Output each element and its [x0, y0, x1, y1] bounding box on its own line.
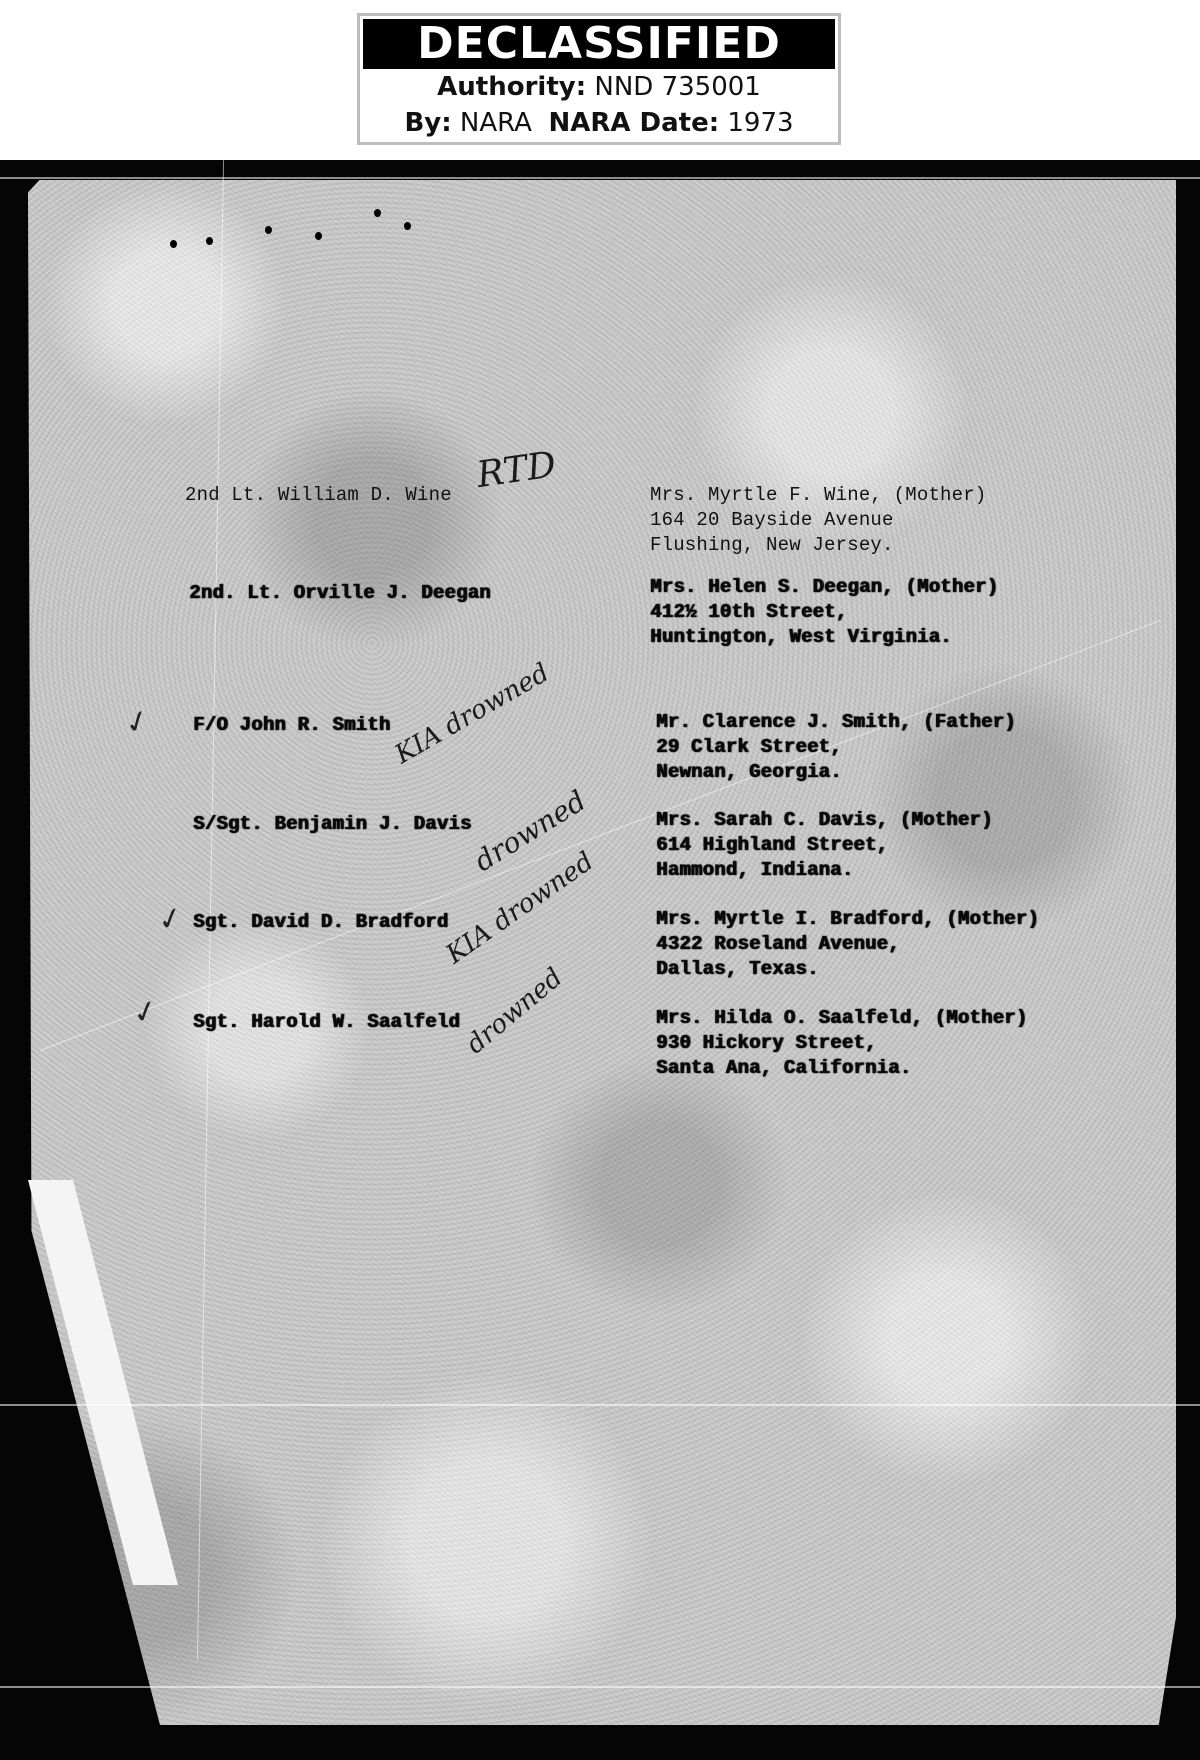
service-member-name: F/O John R. Smith	[193, 713, 390, 738]
next-of-kin-name: Mrs. Myrtle I. Bradford, (Mother)	[656, 907, 1039, 932]
stamp-date-value: 1973	[727, 108, 793, 138]
scan-scratch	[0, 1404, 1200, 1406]
scan-scratch	[0, 177, 1200, 179]
next-of-kin-city: Newnan, Georgia.	[656, 760, 842, 785]
next-of-kin-name: Mrs. Sarah C. Davis, (Mother)	[656, 808, 992, 833]
next-of-kin-city: Dallas, Texas.	[656, 957, 818, 982]
scan-scratch	[0, 1686, 1200, 1688]
next-of-kin-city: Huntington, West Virginia.	[650, 625, 952, 650]
next-of-kin-street: 930 Hickory Street,	[656, 1031, 876, 1056]
service-member-name: Sgt. Harold W. Saalfeld	[193, 1010, 460, 1035]
service-member-name: 2nd Lt. William D. Wine	[185, 483, 452, 508]
service-member-name: S/Sgt. Benjamin J. Davis	[193, 812, 471, 837]
stamp-authority-value: NND 735001	[594, 72, 760, 102]
next-of-kin-city: Santa Ana, California.	[656, 1056, 911, 1081]
stamp-by-label: By:	[404, 108, 451, 138]
ink-speck	[170, 240, 177, 248]
stamp-by-date: By: NARA NARA Date: 1973	[360, 105, 838, 141]
service-member-name: 2nd. Lt. Orville J. Deegan	[189, 581, 491, 606]
stamp-by-value: NARA	[460, 108, 532, 138]
stamp-title: DECLASSIFIED	[363, 19, 835, 69]
next-of-kin-city: Hammond, Indiana.	[656, 858, 853, 883]
declassified-stamp: DECLASSIFIED Authority: NND 735001 By: N…	[357, 13, 841, 145]
ink-speck	[374, 209, 381, 217]
ink-speck	[265, 226, 272, 234]
next-of-kin-city: Flushing, New Jersey.	[650, 533, 894, 558]
stamp-date-label: NARA Date:	[548, 108, 719, 138]
next-of-kin-name: Mrs. Myrtle F. Wine, (Mother)	[650, 483, 986, 508]
stamp-authority-label: Authority:	[437, 72, 586, 102]
next-of-kin-name: Mrs. Helen S. Deegan, (Mother)	[650, 575, 998, 600]
next-of-kin-name: Mr. Clarence J. Smith, (Father)	[656, 710, 1016, 735]
next-of-kin-street: 4322 Roseland Avenue,	[656, 932, 900, 957]
next-of-kin-street: 412½ 10th Street,	[650, 600, 847, 625]
stamp-authority: Authority: NND 735001	[360, 69, 838, 105]
next-of-kin-name: Mrs. Hilda O. Saalfeld, (Mother)	[656, 1006, 1027, 1031]
ink-speck	[315, 232, 322, 240]
next-of-kin-street: 29 Clark Street,	[656, 735, 842, 760]
ink-speck	[404, 222, 411, 230]
next-of-kin-street: 164 20 Bayside Avenue	[650, 508, 894, 533]
service-member-name: Sgt. David D. Bradford	[193, 910, 448, 935]
next-of-kin-street: 614 Highland Street,	[656, 833, 888, 858]
ink-speck	[206, 237, 213, 245]
